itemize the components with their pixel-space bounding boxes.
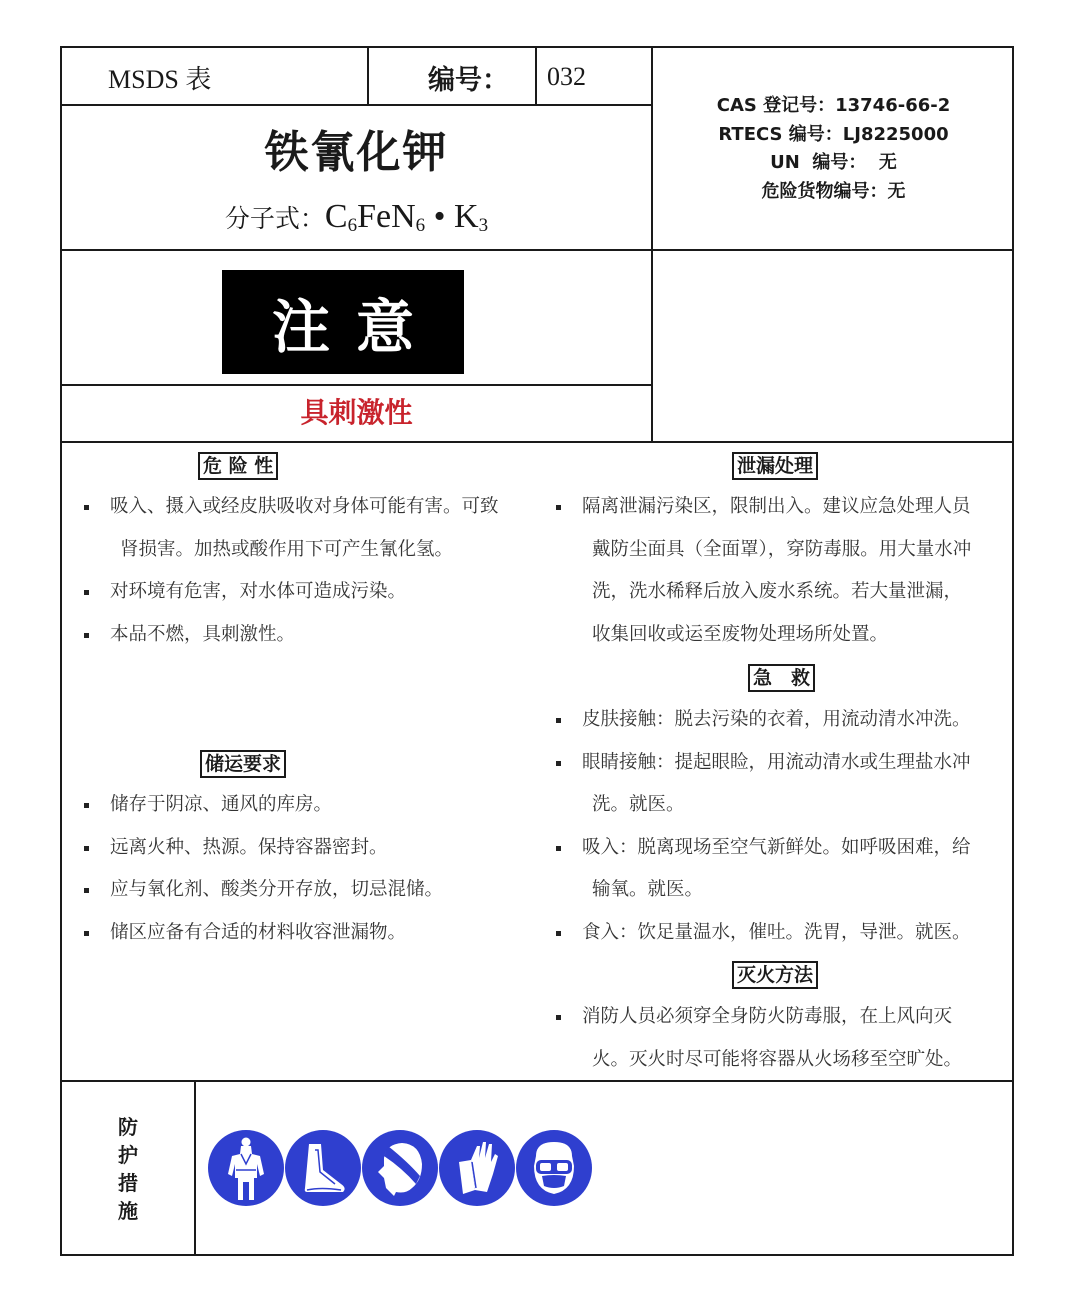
form-label: MSDS 表 bbox=[62, 48, 367, 106]
divider bbox=[194, 1080, 196, 1256]
ppe-icon-row bbox=[208, 1130, 592, 1210]
list-item: 对环境有危害，对水体可造成污染。 bbox=[82, 571, 562, 614]
list-item-continuation: 火。灭火时尽可能将容器从火场移至空旷处。 bbox=[554, 1039, 1014, 1082]
formula-label: 分子式： bbox=[225, 206, 325, 233]
bullet-icon bbox=[84, 888, 89, 893]
bullet-icon bbox=[84, 633, 89, 638]
firefighting-list: 消防人员必须穿全身防火防毒服，在上风向灭 火。灭火时尽可能将容器从火场移至空旷处… bbox=[554, 996, 1014, 1081]
list-item: 消防人员必须穿全身防火防毒服，在上风向灭 bbox=[554, 996, 1014, 1039]
bullet-icon bbox=[84, 931, 89, 936]
formula-element: C bbox=[325, 198, 348, 235]
list-item: 眼睛接触：提起眼睑，用流动清水或生理盐水冲 bbox=[554, 742, 1014, 785]
signal-word-banner: 注意 bbox=[222, 270, 464, 374]
bullet-icon bbox=[556, 505, 561, 510]
divider bbox=[62, 384, 651, 386]
formula-subscript: 6 bbox=[348, 215, 358, 236]
safety-boots-icon bbox=[285, 1130, 361, 1206]
bullet-icon bbox=[556, 846, 561, 851]
bullet-icon bbox=[84, 505, 89, 510]
label-char: 措 bbox=[118, 1169, 138, 1197]
bullet-icon bbox=[556, 1015, 561, 1020]
list-item-continuation: 洗，洗水稀释后放入废水系统。若大量泄漏， bbox=[554, 571, 1014, 614]
section-title-spill: 泄漏处理 bbox=[732, 452, 818, 480]
section-title-first-aid: 急 救 bbox=[748, 664, 815, 692]
formula-dot: • bbox=[425, 198, 454, 235]
list-item: 远离火种、热源。保持容器密封。 bbox=[82, 827, 562, 870]
molecular-formula: 分子式：C6FeN6 • K3 bbox=[62, 198, 651, 237]
list-item-continuation: 输氧。就医。 bbox=[554, 869, 1014, 912]
list-item: 储区应备有合适的材料收容泄漏物。 bbox=[82, 912, 562, 955]
bullet-icon bbox=[556, 718, 561, 723]
bullet-icon bbox=[84, 846, 89, 851]
un-number: UN 编号： 无 bbox=[653, 149, 1014, 178]
storage-list: 储存于阴凉、通风的库房。 远离火种、热源。保持容器密封。 应与氧化剂、酸类分开存… bbox=[82, 784, 562, 954]
first-aid-list: 皮肤接触：脱去污染的衣着，用流动清水冲洗。 眼睛接触：提起眼睑，用流动清水或生理… bbox=[554, 699, 1014, 954]
list-item: 隔离泄漏污染区，限制出入。建议应急处理人员 bbox=[554, 486, 1014, 529]
bullet-icon bbox=[84, 803, 89, 808]
bullet-icon bbox=[84, 590, 89, 595]
label-char: 防 bbox=[118, 1113, 138, 1141]
list-item: 本品不燃，具刺激性。 bbox=[82, 614, 562, 657]
identifiers-block: CAS 登记号：13746-66-2 RTECS 编号：LJ8225000 UN… bbox=[653, 92, 1014, 206]
number-label: 编号： bbox=[369, 48, 537, 106]
list-item-continuation: 收集回收或运至废物处理场所处置。 bbox=[554, 614, 1014, 657]
section-title-hazards: 危 险 性 bbox=[198, 452, 278, 480]
list-item-continuation: 洗。就医。 bbox=[554, 784, 1014, 827]
list-item: 皮肤接触：脱去污染的衣着，用流动清水冲洗。 bbox=[554, 699, 1014, 742]
msds-sheet: MSDS 表 编号： 032 铁氰化钾 分子式：C6FeN6 • K3 CAS … bbox=[60, 46, 1014, 1256]
protective-suit-icon bbox=[208, 1130, 284, 1206]
section-title-storage: 储运要求 bbox=[200, 750, 286, 778]
formula-element: FeN bbox=[357, 198, 416, 235]
dangerous-goods-number: 危险货物编号：无 bbox=[653, 178, 1014, 207]
list-item-continuation: 戴防尘面具（全面罩），穿防毒服。用大量水冲 bbox=[554, 529, 1014, 572]
divider bbox=[62, 249, 1014, 251]
bullet-icon bbox=[556, 931, 561, 936]
list-item: 储存于阴凉、通风的库房。 bbox=[82, 784, 562, 827]
list-item: 吸入：脱离现场至空气新鲜处。如呼吸困难，给 bbox=[554, 827, 1014, 870]
divider bbox=[62, 441, 1014, 443]
list-item-continuation: 肾损害。加热或酸作用下可产生氰化氢。 bbox=[82, 529, 562, 572]
hazard-note: 具刺激性 bbox=[62, 391, 651, 431]
spill-list: 隔离泄漏污染区，限制出入。建议应急处理人员 戴防尘面具（全面罩），穿防毒服。用大… bbox=[554, 486, 1014, 656]
formula-subscript: 3 bbox=[479, 215, 489, 236]
protection-measures-label: 防 护 措 施 bbox=[62, 1082, 194, 1256]
cas-number: CAS 登记号：13746-66-2 bbox=[653, 92, 1014, 121]
section-title-firefighting: 灭火方法 bbox=[732, 961, 818, 989]
goggles-mask-icon bbox=[516, 1130, 592, 1206]
formula-subscript: 6 bbox=[416, 215, 426, 236]
list-item: 应与氧化剂、酸类分开存放，切忌混储。 bbox=[82, 869, 562, 912]
bullet-icon bbox=[556, 761, 561, 766]
formula-element: K bbox=[454, 198, 479, 235]
rtecs-number: RTECS 编号：LJ8225000 bbox=[653, 121, 1014, 150]
protective-gloves-icon bbox=[439, 1130, 515, 1206]
chemical-name: 铁氰化钾 bbox=[62, 116, 651, 180]
label-char: 施 bbox=[118, 1197, 138, 1225]
list-item: 食入：饮足量温水，催吐。洗胃，导泄。就医。 bbox=[554, 912, 1014, 955]
head-protection-icon bbox=[362, 1130, 438, 1206]
hazards-list: 吸入、摄入或经皮肤吸收对身体可能有害。可致 肾损害。加热或酸作用下可产生氰化氢。… bbox=[82, 486, 562, 656]
number-value: 032 bbox=[539, 48, 651, 106]
label-char: 护 bbox=[118, 1141, 138, 1169]
list-item: 吸入、摄入或经皮肤吸收对身体可能有害。可致 bbox=[82, 486, 562, 529]
